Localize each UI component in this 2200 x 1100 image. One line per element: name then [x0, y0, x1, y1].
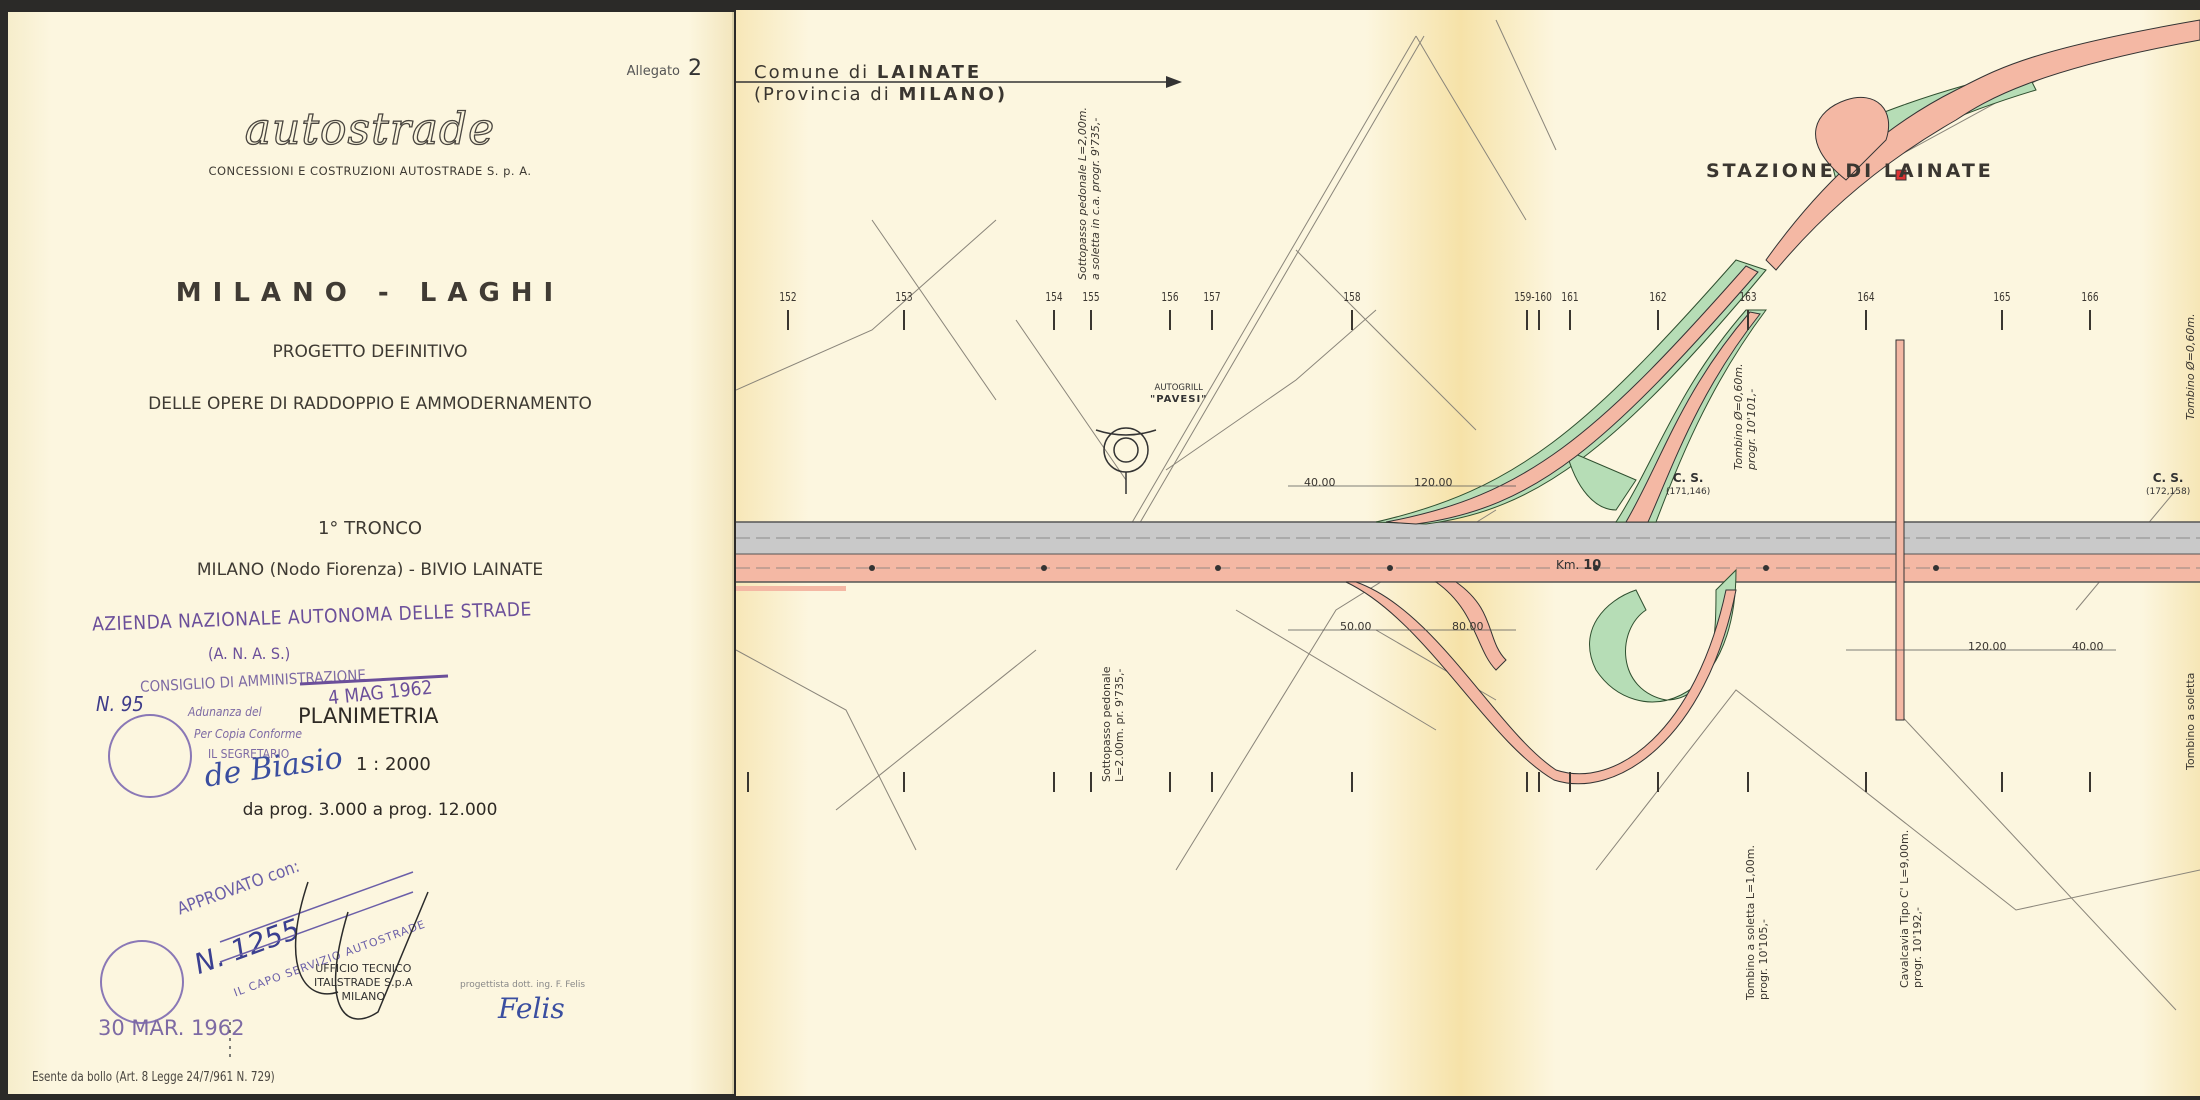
tombino-soletta-note: Tombino a soletta L=1,00m.progr. 10'105,…	[1744, 845, 1770, 1000]
section-label: 165	[1993, 290, 2010, 304]
section-label: 162	[1649, 290, 1666, 304]
dim-80: 80.00	[1452, 620, 1484, 633]
tombino-163-note: Tombino Ø=0,60m.progr. 10'101,-	[1732, 363, 1758, 470]
cs-right-label: C. S.(172,158)	[2146, 472, 2190, 498]
tombino-right-note: Tombino Ø=0,60m.	[2184, 313, 2197, 420]
section-label: 164	[1857, 290, 1874, 304]
cs-left-label: C. S.(171,146)	[1666, 472, 1710, 498]
map-sheet: Comune di LAINATE (Provincia di MILANO) …	[736, 10, 2200, 1096]
km-marker: Km. 10	[1556, 558, 1601, 573]
section-label: 166	[2081, 290, 2098, 304]
section-label: 155	[1082, 290, 1099, 304]
station-title: STAZIONE DI LAINATE	[1706, 160, 1994, 182]
section-label: 161	[1561, 290, 1578, 304]
cavalcavia-note: Cavalcavia Tipo C' L=9,00m.progr. 10'192…	[1898, 830, 1924, 988]
tombino-soletta-right-note: Tombino a soletta	[2184, 673, 2197, 770]
comune-label: Comune di LAINATE (Provincia di MILANO)	[754, 62, 1008, 106]
section-label: 157	[1203, 290, 1220, 304]
section-label: 159-160	[1514, 290, 1552, 304]
sottopasso-note-bottom: Sottopasso pedonaleL=2.00m. pr. 9'735,-	[1100, 667, 1126, 782]
section-label: 158	[1343, 290, 1360, 304]
dim-50: 50.00	[1340, 620, 1372, 633]
section-label: 152	[779, 290, 796, 304]
dim-40: 40.00	[1304, 476, 1336, 489]
handwritten-marks	[8, 12, 732, 1094]
dim-120: 120.00	[1414, 476, 1453, 489]
section-label: 154	[1045, 290, 1062, 304]
autogrill-label: AUTOGRILL "PAVESI"	[1150, 382, 1207, 406]
dim-120-right: 120.00	[1968, 640, 2007, 653]
section-label: 163	[1739, 290, 1756, 304]
section-label: 156	[1161, 290, 1178, 304]
sottopasso-note-top: Sottopasso pedonale L=2,00m.a soletta in…	[1076, 107, 1102, 280]
cover-page: Allegato2 autostrade CONCESSIONI E COSTR…	[8, 12, 734, 1094]
dim-40-right: 40.00	[2072, 640, 2104, 653]
section-label: 153	[895, 290, 912, 304]
